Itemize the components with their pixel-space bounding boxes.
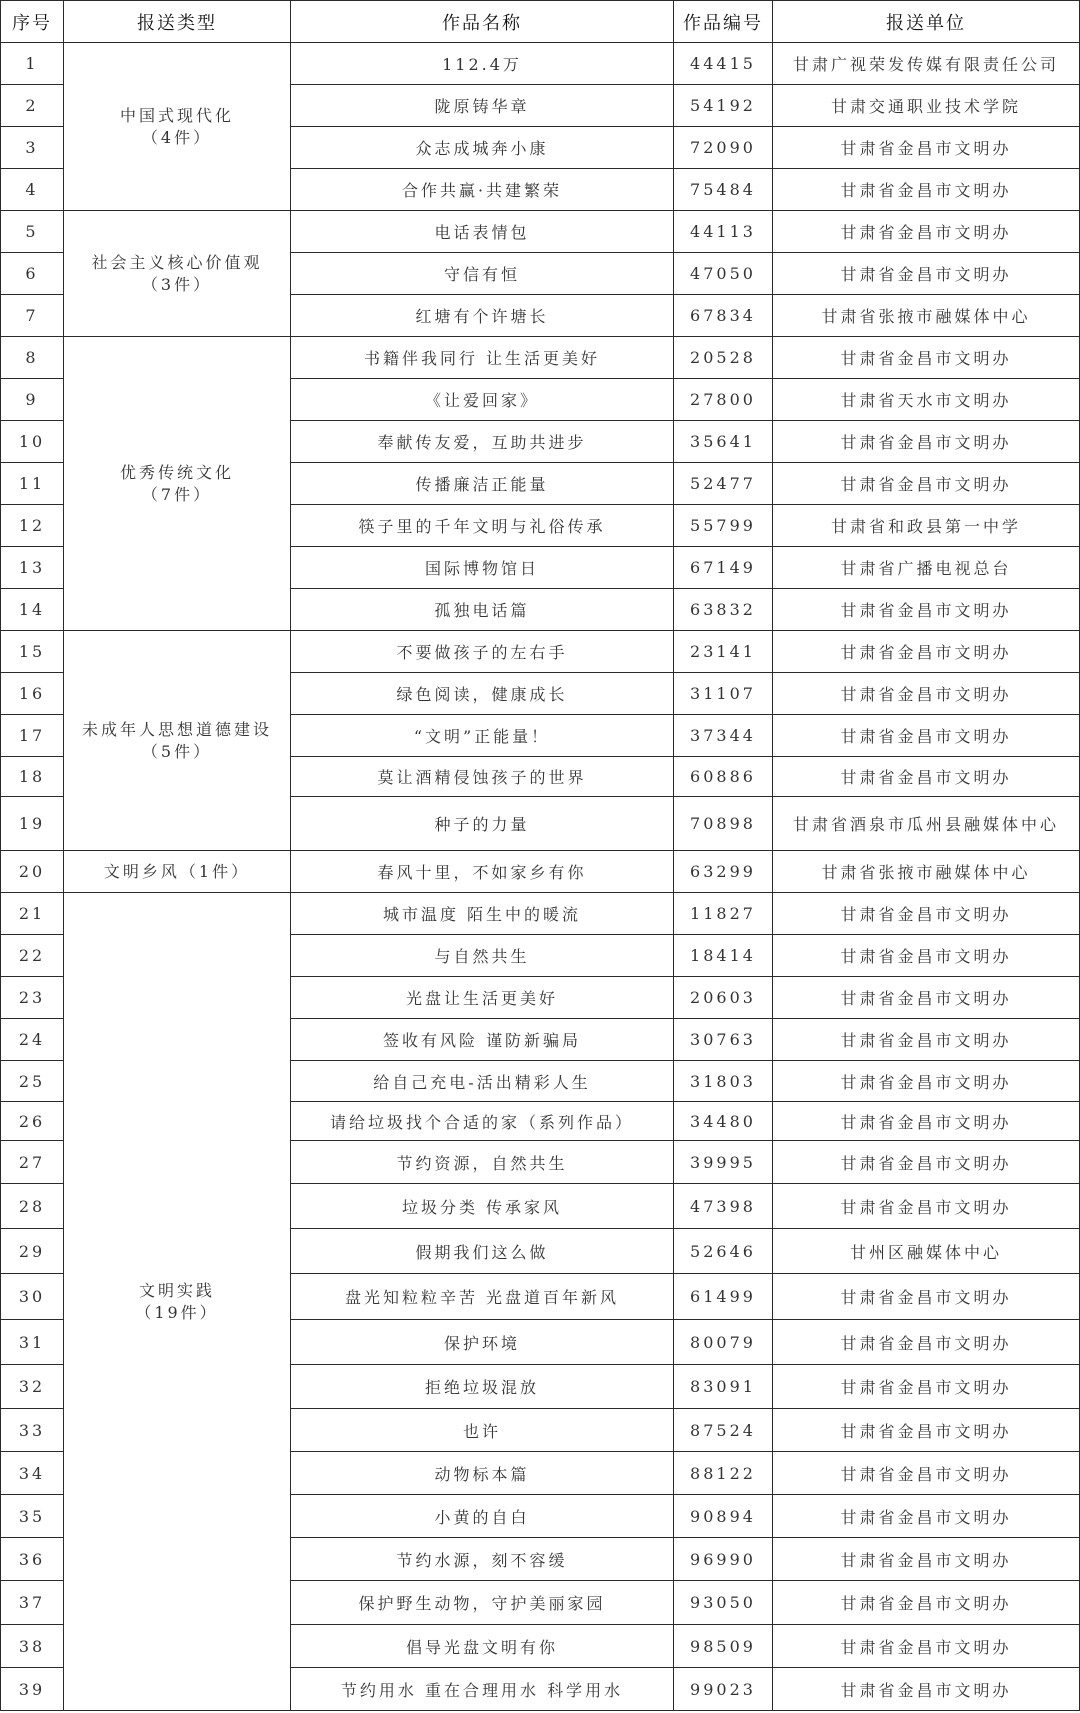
work-title: 众志成城奔小康 (291, 127, 674, 169)
row-index: 25 (1, 1061, 64, 1102)
work-code: 35641 (674, 421, 773, 463)
work-code: 54192 (674, 85, 773, 127)
work-title: 绿色阅读，健康成长 (291, 673, 674, 715)
submitting-unit: 甘肃省和政县第一中学 (773, 505, 1080, 547)
work-title: 传播廉洁正能量 (291, 463, 674, 505)
row-index: 2 (1, 85, 64, 127)
submitting-unit: 甘肃省酒泉市瓜州县融媒体中心 (773, 797, 1080, 851)
work-title: 保护野生动物，守护美丽家园 (291, 1581, 674, 1625)
category-count: （3件） (64, 274, 290, 296)
row-index: 20 (1, 851, 64, 893)
work-title: 春风十里，不如家乡有你 (291, 851, 674, 893)
row-index: 30 (1, 1274, 64, 1320)
row-index: 6 (1, 253, 64, 295)
row-index: 28 (1, 1184, 64, 1229)
submitting-unit: 甘肃省张掖市融媒体中心 (773, 295, 1080, 337)
submitting-unit: 甘肃省张掖市融媒体中心 (773, 851, 1080, 893)
category-cell: 优秀传统文化（7件） (64, 337, 291, 631)
work-title: 《让爱回家》 (291, 379, 674, 421)
work-title: 与自然共生 (291, 935, 674, 977)
row-index: 8 (1, 337, 64, 379)
submitting-unit: 甘肃省金昌市文明办 (773, 337, 1080, 379)
submitting-unit: 甘肃省金昌市文明办 (773, 1102, 1080, 1141)
table-row: 8优秀传统文化（7件）书籍伴我同行 让生活更美好20528甘肃省金昌市文明办 (1, 337, 1080, 379)
submitting-unit: 甘肃交通职业技术学院 (773, 85, 1080, 127)
header-code: 作品编号 (674, 1, 773, 43)
work-code: 61499 (674, 1274, 773, 1320)
work-code: 93050 (674, 1581, 773, 1625)
work-title: 陇原铸华章 (291, 85, 674, 127)
work-title: 孤独电话篇 (291, 589, 674, 631)
work-title: 节约资源，自然共生 (291, 1141, 674, 1184)
row-index: 12 (1, 505, 64, 547)
row-index: 17 (1, 715, 64, 757)
submitting-unit: 甘肃省金昌市文明办 (773, 1320, 1080, 1365)
work-title: 城市温度 陌生中的暖流 (291, 893, 674, 935)
submitting-unit: 甘州区融媒体中心 (773, 1229, 1080, 1274)
category-count: （5件） (64, 741, 290, 763)
submitting-unit: 甘肃省金昌市文明办 (773, 757, 1080, 797)
work-title: 小黄的自白 (291, 1495, 674, 1538)
row-index: 5 (1, 211, 64, 253)
category-name: 社会主义核心价值观 (64, 252, 290, 274)
submitting-unit: 甘肃省金昌市文明办 (773, 1365, 1080, 1409)
submitting-unit: 甘肃省广播电视总台 (773, 547, 1080, 589)
submitting-unit: 甘肃广视荣发传媒有限责任公司 (773, 43, 1080, 85)
row-index: 23 (1, 977, 64, 1019)
category-count: （4件） (64, 127, 290, 149)
submitting-unit: 甘肃省金昌市文明办 (773, 893, 1080, 935)
row-index: 18 (1, 757, 64, 797)
work-title: 奉献传友爱，互助共进步 (291, 421, 674, 463)
row-index: 16 (1, 673, 64, 715)
submitting-unit: 甘肃省金昌市文明办 (773, 421, 1080, 463)
submitting-unit: 甘肃省金昌市文明办 (773, 1668, 1080, 1711)
row-index: 39 (1, 1668, 64, 1711)
work-title: 光盘让生活更美好 (291, 977, 674, 1019)
category-name: 文明实践 (64, 1280, 290, 1302)
table-header-row: 序号 报送类型 作品名称 作品编号 报送单位 (1, 1, 1080, 43)
category-cell: 文明乡风（1件） (64, 851, 291, 893)
submitting-unit: 甘肃省金昌市文明办 (773, 1538, 1080, 1581)
category-name: 未成年人思想道德建设 (64, 719, 290, 741)
work-code: 90894 (674, 1495, 773, 1538)
submitting-unit: 甘肃省金昌市文明办 (773, 1141, 1080, 1184)
row-index: 21 (1, 893, 64, 935)
work-title: 筷子里的千年文明与礼俗传承 (291, 505, 674, 547)
submitting-unit: 甘肃省金昌市文明办 (773, 1274, 1080, 1320)
row-index: 29 (1, 1229, 64, 1274)
submitting-unit: 甘肃省金昌市文明办 (773, 1019, 1080, 1061)
work-code: 55799 (674, 505, 773, 547)
submitting-unit: 甘肃省金昌市文明办 (773, 589, 1080, 631)
header-unit: 报送单位 (773, 1, 1080, 43)
work-title: 动物标本篇 (291, 1452, 674, 1495)
submitting-unit: 甘肃省金昌市文明办 (773, 1184, 1080, 1229)
work-title: 红塘有个许塘长 (291, 295, 674, 337)
work-title: 盘光知粒粒辛苦 光盘道百年新风 (291, 1274, 674, 1320)
category-name: 文明乡风（1件） (64, 861, 290, 883)
row-index: 36 (1, 1538, 64, 1581)
work-code: 67834 (674, 295, 773, 337)
submitting-unit: 甘肃省金昌市文明办 (773, 673, 1080, 715)
work-title: 种子的力量 (291, 797, 674, 851)
submitting-unit: 甘肃省金昌市文明办 (773, 1452, 1080, 1495)
row-index: 24 (1, 1019, 64, 1061)
row-index: 3 (1, 127, 64, 169)
work-code: 44415 (674, 43, 773, 85)
row-index: 10 (1, 421, 64, 463)
work-code: 72090 (674, 127, 773, 169)
work-title: 节约水源，刻不容缓 (291, 1538, 674, 1581)
table-row: 1中国式现代化（4件）112.4万44415甘肃广视荣发传媒有限责任公司 (1, 43, 1080, 85)
row-index: 7 (1, 295, 64, 337)
submitting-unit: 甘肃省金昌市文明办 (773, 463, 1080, 505)
work-title: 保护环境 (291, 1320, 674, 1365)
work-code: 27800 (674, 379, 773, 421)
row-index: 13 (1, 547, 64, 589)
submitting-unit: 甘肃省金昌市文明办 (773, 631, 1080, 673)
work-title: 垃圾分类 传承家风 (291, 1184, 674, 1229)
submitting-unit: 甘肃省金昌市文明办 (773, 1625, 1080, 1668)
submitting-unit: 甘肃省天水市文明办 (773, 379, 1080, 421)
work-code: 96990 (674, 1538, 773, 1581)
work-code: 34480 (674, 1102, 773, 1141)
row-index: 37 (1, 1581, 64, 1625)
row-index: 31 (1, 1320, 64, 1365)
submitting-unit: 甘肃省金昌市文明办 (773, 1495, 1080, 1538)
work-code: 20528 (674, 337, 773, 379)
work-code: 60886 (674, 757, 773, 797)
submitting-unit: 甘肃省金昌市文明办 (773, 211, 1080, 253)
row-index: 32 (1, 1365, 64, 1409)
work-code: 70898 (674, 797, 773, 851)
submitting-unit: 甘肃省金昌市文明办 (773, 169, 1080, 211)
work-title: 拒绝垃圾混放 (291, 1365, 674, 1409)
work-code: 30763 (674, 1019, 773, 1061)
row-index: 14 (1, 589, 64, 631)
row-index: 35 (1, 1495, 64, 1538)
work-title: 合作共赢·共建繁荣 (291, 169, 674, 211)
work-title: 节约用水 重在合理用水 科学用水 (291, 1668, 674, 1711)
work-title: 给自己充电-活出精彩人生 (291, 1061, 674, 1102)
table-row: 15未成年人思想道德建设（5件）不要做孩子的左右手23141甘肃省金昌市文明办 (1, 631, 1080, 673)
table-row: 5社会主义核心价值观（3件）电话表情包44113甘肃省金昌市文明办 (1, 211, 1080, 253)
work-title: 不要做孩子的左右手 (291, 631, 674, 673)
work-title: 签收有风险 谨防新骗局 (291, 1019, 674, 1061)
work-title: “文明”正能量！ (291, 715, 674, 757)
submitting-unit: 甘肃省金昌市文明办 (773, 1409, 1080, 1452)
work-title: 请给垃圾找个合适的家（系列作品） (291, 1102, 674, 1141)
row-index: 1 (1, 43, 64, 85)
work-code: 37344 (674, 715, 773, 757)
category-count: （7件） (64, 484, 290, 506)
work-title: 假期我们这么做 (291, 1229, 674, 1274)
work-code: 80079 (674, 1320, 773, 1365)
work-code: 31803 (674, 1061, 773, 1102)
category-name: 优秀传统文化 (64, 462, 290, 484)
submitting-unit: 甘肃省金昌市文明办 (773, 1581, 1080, 1625)
submitting-unit: 甘肃省金昌市文明办 (773, 1061, 1080, 1102)
category-cell: 中国式现代化（4件） (64, 43, 291, 211)
row-index: 15 (1, 631, 64, 673)
submitting-unit: 甘肃省金昌市文明办 (773, 715, 1080, 757)
row-index: 27 (1, 1141, 64, 1184)
work-code: 11827 (674, 893, 773, 935)
table-body: 1中国式现代化（4件）112.4万44415甘肃广视荣发传媒有限责任公司2陇原铸… (1, 43, 1080, 1711)
row-index: 9 (1, 379, 64, 421)
work-title: 国际博物馆日 (291, 547, 674, 589)
work-code: 20603 (674, 977, 773, 1019)
work-title: 守信有恒 (291, 253, 674, 295)
work-code: 39995 (674, 1141, 773, 1184)
category-name: 中国式现代化 (64, 105, 290, 127)
works-table: 序号 报送类型 作品名称 作品编号 报送单位 1中国式现代化（4件）112.4万… (0, 0, 1080, 1711)
work-code: 63832 (674, 589, 773, 631)
row-index: 34 (1, 1452, 64, 1495)
category-cell: 文明实践（19件） (64, 893, 291, 1711)
work-title: 倡导光盘文明有你 (291, 1625, 674, 1668)
work-title: 112.4万 (291, 43, 674, 85)
submitting-unit: 甘肃省金昌市文明办 (773, 127, 1080, 169)
work-code: 63299 (674, 851, 773, 893)
work-title: 书籍伴我同行 让生活更美好 (291, 337, 674, 379)
work-title: 莫让酒精侵蚀孩子的世界 (291, 757, 674, 797)
row-index: 22 (1, 935, 64, 977)
category-cell: 未成年人思想道德建设（5件） (64, 631, 291, 851)
row-index: 4 (1, 169, 64, 211)
row-index: 26 (1, 1102, 64, 1141)
work-code: 18414 (674, 935, 773, 977)
submitting-unit: 甘肃省金昌市文明办 (773, 977, 1080, 1019)
row-index: 33 (1, 1409, 64, 1452)
work-title: 电话表情包 (291, 211, 674, 253)
work-code: 83091 (674, 1365, 773, 1409)
submitting-unit: 甘肃省金昌市文明办 (773, 253, 1080, 295)
work-code: 23141 (674, 631, 773, 673)
row-index: 19 (1, 797, 64, 851)
category-count: （19件） (64, 1302, 290, 1324)
table-row: 20文明乡风（1件）春风十里，不如家乡有你63299甘肃省张掖市融媒体中心 (1, 851, 1080, 893)
work-code: 47398 (674, 1184, 773, 1229)
header-title: 作品名称 (291, 1, 674, 43)
row-index: 11 (1, 463, 64, 505)
work-code: 75484 (674, 169, 773, 211)
header-index: 序号 (1, 1, 64, 43)
work-code: 67149 (674, 547, 773, 589)
submitting-unit: 甘肃省金昌市文明办 (773, 935, 1080, 977)
row-index: 38 (1, 1625, 64, 1668)
work-code: 52646 (674, 1229, 773, 1274)
header-category: 报送类型 (64, 1, 291, 43)
work-code: 87524 (674, 1409, 773, 1452)
work-code: 99023 (674, 1668, 773, 1711)
work-code: 31107 (674, 673, 773, 715)
work-code: 44113 (674, 211, 773, 253)
category-cell: 社会主义核心价值观（3件） (64, 211, 291, 337)
work-code: 47050 (674, 253, 773, 295)
work-code: 88122 (674, 1452, 773, 1495)
work-code: 52477 (674, 463, 773, 505)
work-title: 也许 (291, 1409, 674, 1452)
table-row: 21文明实践（19件）城市温度 陌生中的暖流11827甘肃省金昌市文明办 (1, 893, 1080, 935)
work-code: 98509 (674, 1625, 773, 1668)
